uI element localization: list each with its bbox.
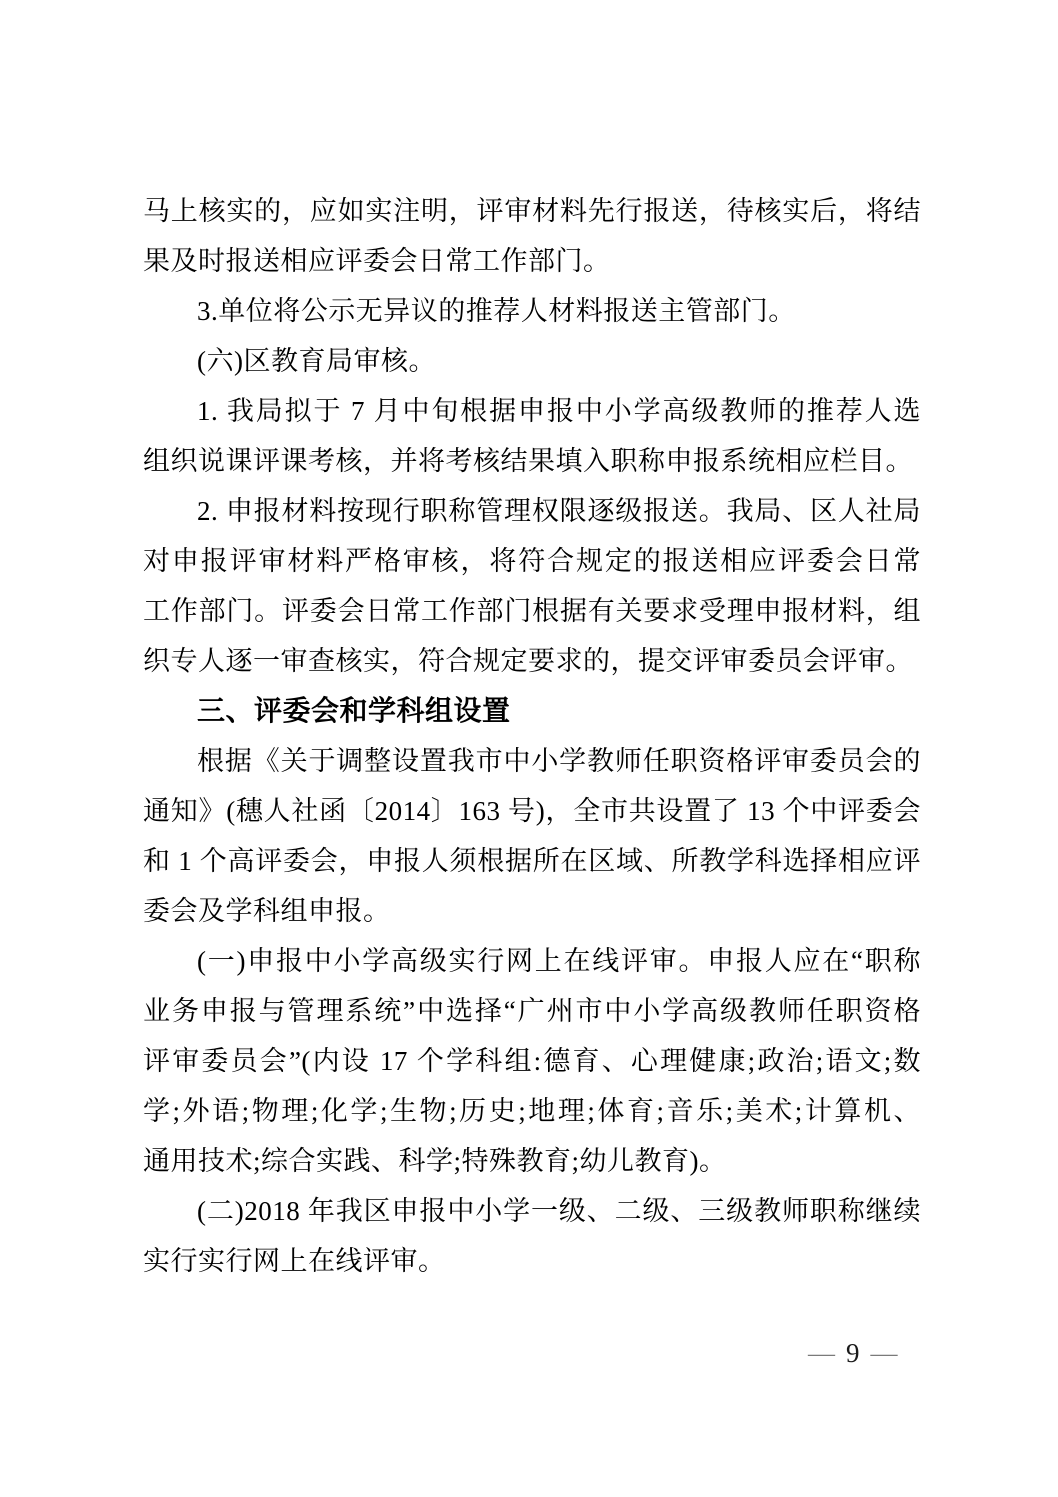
page-number: — 9 — xyxy=(808,1337,898,1369)
paragraph-line: 根据《关于调整设置我市中小学教师任职资格评审委员会的 xyxy=(143,736,921,786)
section-heading: 三、评委会和学科组设置 xyxy=(143,686,921,736)
paragraph-line: 通用技术;综合实践、科学;特殊教育;幼儿教育)。 xyxy=(143,1136,921,1186)
paragraph-line: 组织说课评课考核，并将考核结果填入职称申报系统相应栏目。 xyxy=(143,436,921,486)
paragraph-line: 和 1 个高评委会，申报人须根据所在区域、所教学科选择相应评 xyxy=(143,836,921,886)
paragraph-line: 马上核实的，应如实注明，评审材料先行报送，待核实后，将结 xyxy=(143,186,921,236)
paragraph-line: 1. 我局拟于 7 月中旬根据申报中小学高级教师的推荐人选 xyxy=(143,386,921,436)
paragraph-line: 学;外语;物理;化学;生物;历史;地理;体育;音乐;美术;计算机、 xyxy=(143,1086,921,1136)
page-number-value: 9 xyxy=(846,1337,860,1369)
paragraph-line: 3.单位将公示无异议的推荐人材料报送主管部门。 xyxy=(143,286,921,336)
page-number-left-dash: — xyxy=(808,1339,835,1368)
document-body: 马上核实的，应如实注明，评审材料先行报送，待核实后，将结果及时报送相应评委会日常… xyxy=(143,186,921,1286)
paragraph-line: 果及时报送相应评委会日常工作部门。 xyxy=(143,236,921,286)
paragraph-line: 通知》(穗人社函〔2014〕163 号)，全市共设置了 13 个中评委会 xyxy=(143,786,921,836)
paragraph-line: 2. 申报材料按现行职称管理权限逐级报送。我局、区人社局 xyxy=(143,486,921,536)
paragraph-line: 实行实行网上在线评审。 xyxy=(143,1236,921,1286)
paragraph-line: 委会及学科组申报。 xyxy=(143,886,921,936)
paragraph-line: (一)申报中小学高级实行网上在线评审。申报人应在“职称 xyxy=(143,936,921,986)
paragraph-line: (二)2018 年我区申报中小学一级、二级、三级教师职称继续 xyxy=(143,1186,921,1236)
document-page: 马上核实的，应如实注明，评审材料先行报送，待核实后，将结果及时报送相应评委会日常… xyxy=(0,0,1058,1497)
paragraph-line: 评审委员会”(内设 17 个学科组:德育、心理健康;政治;语文;数 xyxy=(143,1036,921,1086)
paragraph-line: 织专人逐一审查核实，符合规定要求的，提交评审委员会评审。 xyxy=(143,636,921,686)
paragraph-line: 工作部门。评委会日常工作部门根据有关要求受理申报材料，组 xyxy=(143,586,921,636)
paragraph-line: (六)区教育局审核。 xyxy=(143,336,921,386)
paragraph-line: 业务申报与管理系统”中选择“广州市中小学高级教师任职资格 xyxy=(143,986,921,1036)
paragraph-line: 对申报评审材料严格审核，将符合规定的报送相应评委会日常 xyxy=(143,536,921,586)
page-number-right-dash: — xyxy=(871,1339,898,1368)
